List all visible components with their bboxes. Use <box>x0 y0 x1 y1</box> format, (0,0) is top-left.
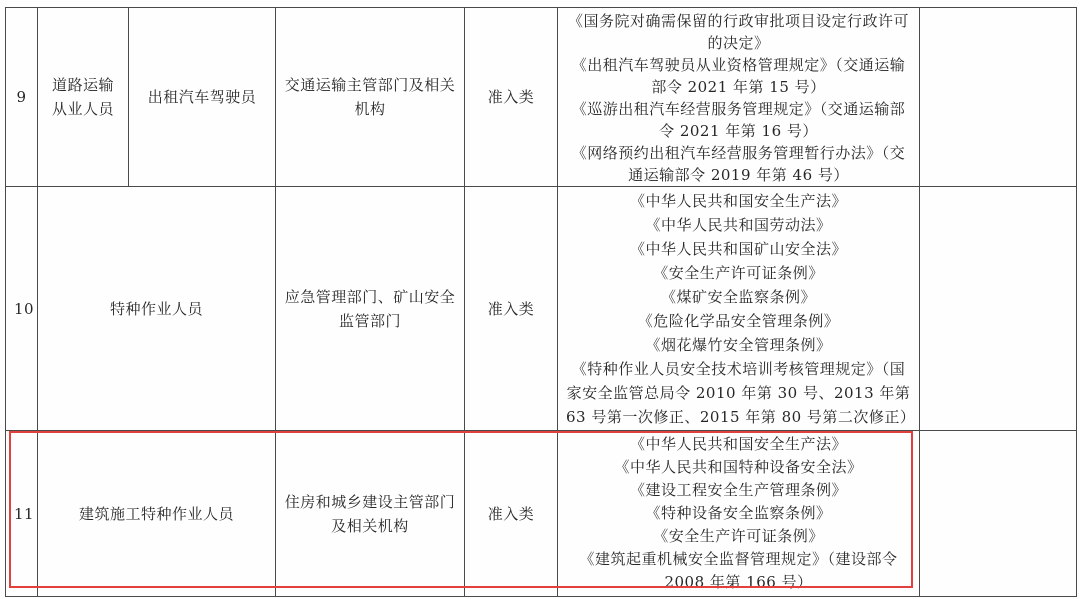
legal-basis-cell: 《中华人民共和国安全生产法》 《中华人民共和国特种设备安全法》 《建设工程安全生… <box>558 431 920 597</box>
legal-basis-cell: 《国务院对确需保留的行政审批项目设定行政许可的决定》 《出租汽车驾驶员从业资格管… <box>558 8 920 187</box>
category-cell: 道路运输从业人员 <box>38 8 129 187</box>
legal-item: 《巡游出租汽车经营服务管理规定》（交通运输部令 2021 年第 16 号） <box>566 98 911 142</box>
legal-item: 《中华人民共和国安全生产法》 <box>566 189 911 213</box>
admission-type-cell: 准入类 <box>465 431 558 597</box>
table-row: 10 特种作业人员 应急管理部门、矿山安全监管部门 准入类 《中华人民共和国安全… <box>6 187 1077 431</box>
legal-basis-cell: 《中华人民共和国安全生产法》 《中华人民共和国劳动法》 《中华人民共和国矿山安全… <box>558 187 920 431</box>
legal-item: 《中华人民共和国安全生产法》 <box>566 433 911 456</box>
department-cell: 住房和城乡建设主管部门及相关机构 <box>276 431 465 597</box>
legal-item: 《特种作业人员安全技术培训考核管理规定》（国家安全监管总局令 2010 年第 3… <box>566 357 911 428</box>
legal-item: 《建筑起重机械安全监督管理规定》（建设部令 2008 年第 166 号） <box>566 548 911 594</box>
legal-item: 《网络预约出租汽车经营服务管理暂行办法》（交通运输部令 2019 年第 46 号… <box>566 142 911 184</box>
remark-cell <box>920 431 1077 597</box>
subcategory-cell: 出租汽车驾驶员 <box>129 8 276 187</box>
department-cell: 交通运输主管部门及相关机构 <box>276 8 465 187</box>
row-number-cell: 10 <box>6 187 38 431</box>
legal-item: 《安全生产许可证条例》 <box>566 525 911 548</box>
occupation-qualification-table: 9 道路运输从业人员 出租汽车驾驶员 交通运输主管部门及相关机构 准入类 《国务… <box>5 7 1077 597</box>
table-row: 9 道路运输从业人员 出租汽车驾驶员 交通运输主管部门及相关机构 准入类 《国务… <box>6 8 1077 187</box>
admission-type-cell: 准入类 <box>465 187 558 431</box>
category-cell: 特种作业人员 <box>38 187 276 431</box>
legal-item: 《中华人民共和国特种设备安全法》 <box>566 456 911 479</box>
legal-item: 《中华人民共和国矿山安全法》 <box>566 237 911 261</box>
legal-item: 《国务院对确需保留的行政审批项目设定行政许可的决定》 <box>566 10 911 54</box>
legal-item: 《中华人民共和国劳动法》 <box>566 213 911 237</box>
table-row-highlighted: 11 建筑施工特种作业人员 住房和城乡建设主管部门及相关机构 准入类 《中华人民… <box>6 431 1077 597</box>
legal-item: 《安全生产许可证条例》 <box>566 261 911 285</box>
legal-basis-list: 《国务院对确需保留的行政审批项目设定行政许可的决定》 《出租汽车驾驶员从业资格管… <box>566 10 911 184</box>
admission-type-cell: 准入类 <box>465 8 558 187</box>
legal-item: 《特种设备安全监察条例》 <box>566 502 911 525</box>
legal-item: 《烟花爆竹安全管理条例》 <box>566 333 911 357</box>
department-cell: 应急管理部门、矿山安全监管部门 <box>276 187 465 431</box>
legal-basis-list: 《中华人民共和国安全生产法》 《中华人民共和国特种设备安全法》 《建设工程安全生… <box>566 433 911 594</box>
legal-item: 《建设工程安全生产管理条例》 <box>566 479 911 502</box>
legal-item: 《出租汽车驾驶员从业资格管理规定》（交通运输部令 2021 年第 15 号） <box>566 54 911 98</box>
remark-cell <box>920 187 1077 431</box>
category-cell: 建筑施工特种作业人员 <box>38 431 276 597</box>
row-number-cell: 11 <box>6 431 38 597</box>
legal-item: 《危险化学品安全管理条例》 <box>566 309 911 333</box>
legal-basis-list: 《中华人民共和国安全生产法》 《中华人民共和国劳动法》 《中华人民共和国矿山安全… <box>566 189 911 428</box>
legal-item: 《煤矿安全监察条例》 <box>566 285 911 309</box>
remark-cell <box>920 8 1077 187</box>
document-page: 9 道路运输从业人员 出租汽车驾驶员 交通运输主管部门及相关机构 准入类 《国务… <box>0 0 1080 599</box>
row-number-cell: 9 <box>6 8 38 187</box>
